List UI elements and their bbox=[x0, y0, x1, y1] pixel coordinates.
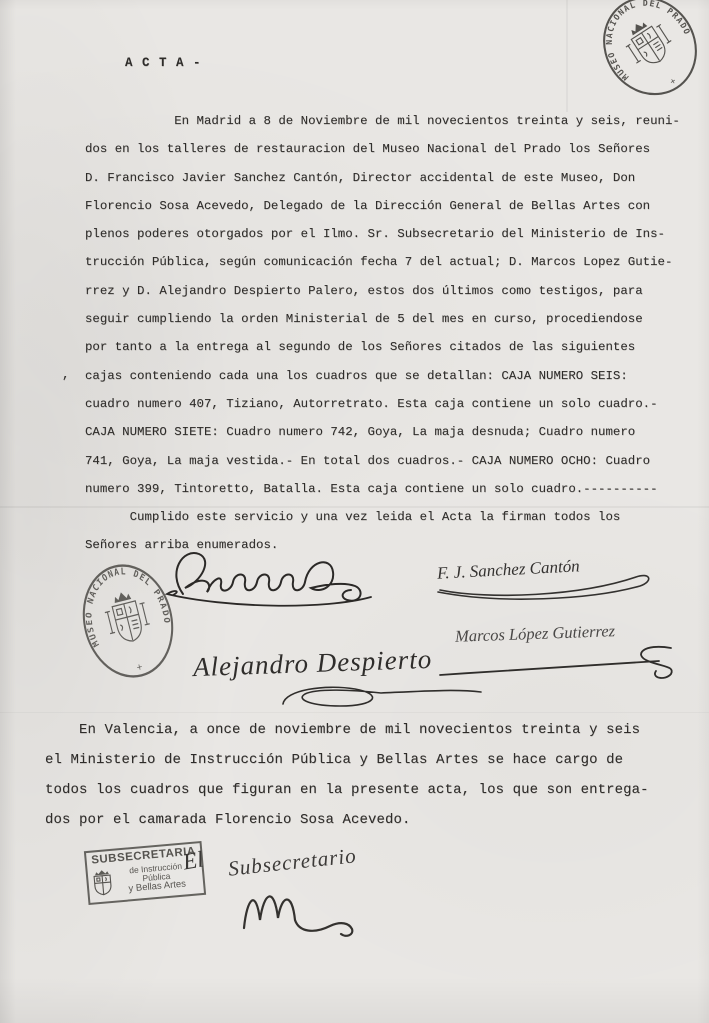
typed-line: 741, Goya, La maja vestida.- En total do… bbox=[85, 447, 680, 475]
typed-line: todos los cuadros que figuran en la pres… bbox=[45, 775, 649, 805]
typed-line: rrez y D. Alejandro Despierto Palero, es… bbox=[85, 277, 680, 305]
typed-line: dos por el camarada Florencio Sosa Aceve… bbox=[45, 805, 649, 835]
coat-of-arms-icon bbox=[618, 13, 677, 73]
museo-nacional-del-prado-stamp-top: MUSEO NACIONAL DEL PRADO + bbox=[577, 0, 709, 120]
subsecretaria-stamp-line4: y Bellas Artes bbox=[128, 879, 186, 894]
typed-line: D. Francisco Javier Sanchez Cantón, Dire… bbox=[85, 164, 680, 192]
typed-line: En Madrid a 8 de Noviembre de mil noveci… bbox=[85, 107, 680, 135]
typed-line: cajas conteniendo cada una los cuadros q… bbox=[85, 362, 680, 390]
svg-text:MUSEO NACIONAL DEL PRADO: MUSEO NACIONAL DEL PRADO bbox=[586, 0, 697, 84]
scanned-acta-document: A C T A - MUSEO NACIONAL DEL PRADO bbox=[0, 0, 709, 1023]
museo-stamp-arc-text: MUSEO NACIONAL DEL PRADO bbox=[586, 0, 697, 84]
sanchez-canton-flourish-icon bbox=[430, 562, 665, 607]
typed-line: seguir cumpliendo la orden Ministerial d… bbox=[85, 305, 680, 333]
typed-line: dos en los talleres de restauracion del … bbox=[85, 135, 680, 163]
typed-line: por tanto a la entrega al segundo de los… bbox=[85, 333, 680, 361]
typed-line: el Ministerio de Instrucción Pública y B… bbox=[45, 745, 649, 775]
subsecretario-signature-scrawl-icon bbox=[238, 878, 363, 938]
acta-paragraph: En Madrid a 8 de Noviembre de mil noveci… bbox=[85, 107, 680, 560]
handwritten-el: El bbox=[181, 846, 206, 875]
despierto-flourish-icon bbox=[185, 640, 677, 715]
typed-line: cuadro numero 407, Tiziano, Autorretrato… bbox=[85, 390, 680, 418]
document-title: A C T A - bbox=[125, 56, 202, 70]
stray-typed-mark: , bbox=[62, 368, 69, 382]
typed-line: En Valencia, a once de noviembre de mil … bbox=[45, 715, 649, 745]
typed-line: Florencio Sosa Acevedo, Delegado de la D… bbox=[85, 192, 680, 220]
subsecretaria-shield-icon bbox=[91, 868, 115, 898]
typed-line: Cumplido este servicio y una vez leida e… bbox=[85, 503, 680, 531]
typed-line: trucción Pública, según comunicación fec… bbox=[85, 248, 680, 276]
vertical-fold-crease bbox=[566, 0, 568, 112]
sosa-acevedo-signature-icon bbox=[155, 542, 405, 614]
museo-stamp-plus: + bbox=[668, 76, 679, 89]
valencia-paragraph: En Valencia, a once de noviembre de mil … bbox=[45, 715, 649, 835]
typed-line: plenos poderes otorgados por el Ilmo. Sr… bbox=[85, 220, 680, 248]
typed-line: numero 399, Tintoretto, Batalla. Esta ca… bbox=[85, 475, 680, 503]
typed-line: CAJA NUMERO SIETE: Cuadro numero 742, Go… bbox=[85, 418, 680, 446]
subsecretario-handwriting: Subsecretario bbox=[227, 843, 358, 881]
